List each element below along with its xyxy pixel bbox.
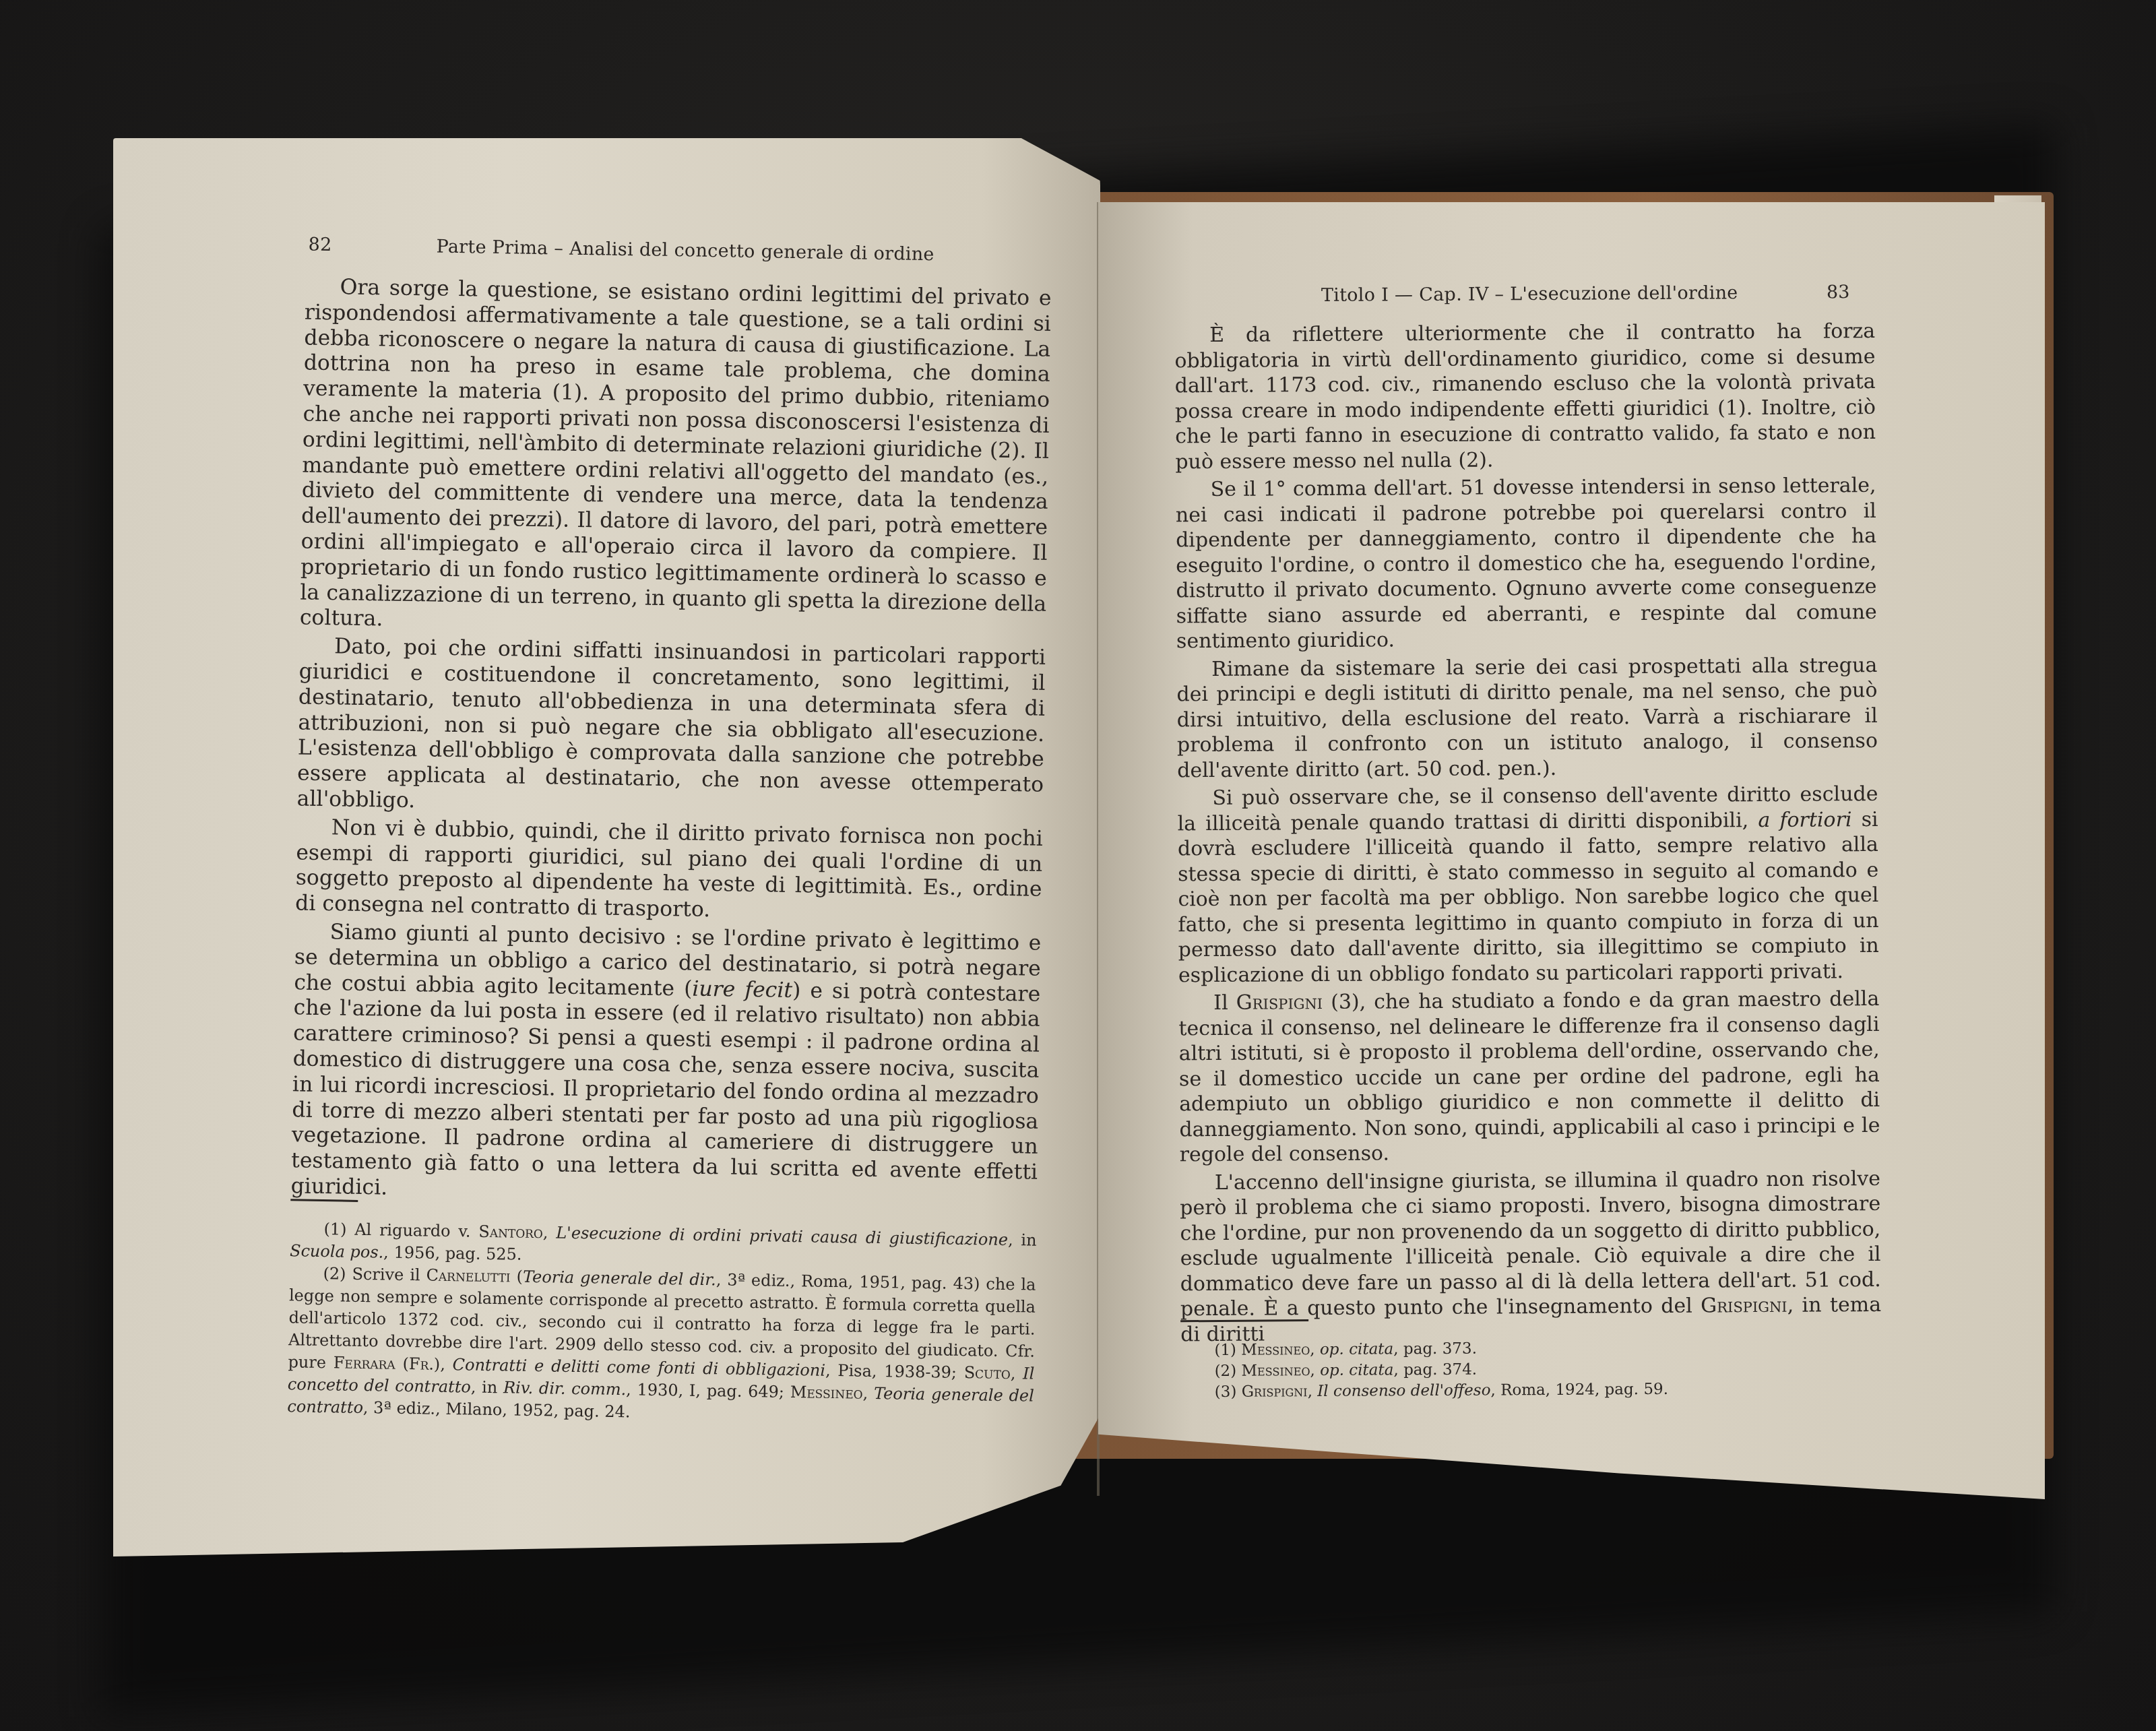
paragraph: Siamo giunti al punto decisivo : se l'or… — [290, 919, 1041, 1211]
right-running-head: Titolo I — Cap. IV – L'esecuzione dell'o… — [1321, 282, 1738, 306]
paragraph: È da riflettere ulteriormente che il con… — [1174, 319, 1876, 474]
italic-phrase: a fortiori — [1758, 808, 1851, 832]
author-name: Grispigni — [1236, 990, 1323, 1015]
left-running-head: Parte Prima – Analisi del concetto gener… — [436, 237, 934, 265]
right-page-number: 83 — [1827, 282, 1850, 303]
italic-phrase: iure fecit — [692, 976, 792, 1002]
right-footnotes: (1) Messineo, op. citata, pag. 373. (2) … — [1180, 1336, 1882, 1403]
paragraph: Non vi è dubbio, quindi, che il diritto … — [295, 815, 1043, 929]
paragraph: Rimane da sistemare la serie dei casi pr… — [1176, 652, 1878, 783]
paragraph: Il Grispigni (3), che ha studiato a fond… — [1178, 986, 1880, 1168]
left-page: 82 Parte Prima – Analisi del concetto ge… — [113, 138, 1100, 1556]
footnote-rule — [290, 1199, 358, 1202]
paragraph: Se il 1° comma dell'art. 51 dovesse inte… — [1175, 473, 1877, 654]
author-name: Grispigni — [1701, 1294, 1787, 1318]
left-footnotes: (1) Al riguardo v. Santoro, L'esecuzione… — [287, 1218, 1037, 1429]
paragraph: Ora sorge la questione, se esistano ordi… — [300, 274, 1052, 642]
left-page-number: 82 — [308, 234, 331, 256]
footnote-3: (3) Grispigni, Il consenso dell'offeso, … — [1181, 1378, 1882, 1403]
left-body: Ora sorge la questione, se esistano ordi… — [290, 274, 1051, 1211]
paragraph: Si può osservare che, se il consenso del… — [1177, 782, 1879, 988]
right-page: Titolo I — Cap. IV – L'esecuzione dell'o… — [1098, 202, 2045, 1499]
paragraph: Dato, poi che ordini siffatti insinuando… — [296, 634, 1046, 824]
footnote-2: (2) Scrive il Carnelutti (Teoria general… — [287, 1262, 1036, 1429]
right-body: È da riflettere ulteriormente che il con… — [1174, 319, 1881, 1347]
